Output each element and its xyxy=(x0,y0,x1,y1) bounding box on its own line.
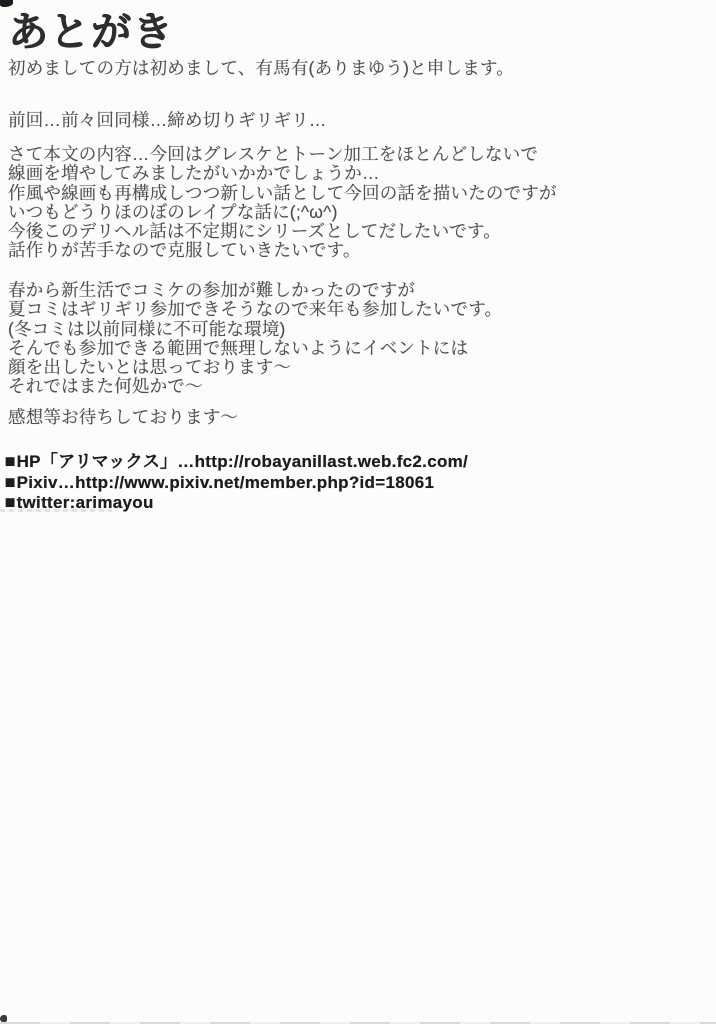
content-paragraph-line: 話作りが苦手なので克服していきたいです。 xyxy=(8,241,557,260)
events-paragraph: 春から新生活でコミケの参加が難しかったのですが 夏コミはギリギリ参加できそうなの… xyxy=(8,281,502,397)
square-bullet-icon: ■ xyxy=(5,451,16,473)
homepage-link-text: HP「アリマックス」…http://robayanillast.web.fc2.… xyxy=(17,452,469,471)
events-paragraph-line: (冬コミは以前同様に不可能な環境) xyxy=(8,320,502,339)
scan-artifact-showthrough xyxy=(0,509,112,512)
events-paragraph-line: 顔を出したいとは思っております～ xyxy=(8,358,502,377)
events-paragraph-line: 春から新生活でコミケの参加が難しかったのですが xyxy=(8,281,502,300)
page-title: あとがき xyxy=(8,0,174,57)
pixiv-link-line: ■Pixiv…http://www.pixiv.net/member.php?i… xyxy=(5,473,468,494)
homepage-link-line: ■HP「アリマックス」…http://robayanillast.web.fc2… xyxy=(5,452,468,473)
feedback-request-line: 感想等お待ちしております～ xyxy=(8,408,238,427)
pixiv-link-text: Pixiv…http://www.pixiv.net/member.php?id… xyxy=(17,473,435,492)
content-paragraph: さて本文の内容…今回はグレスケとトーン加工をほとんどしないで 線画を増やしてみま… xyxy=(8,145,557,261)
content-paragraph-line: 線画を増やしてみましたがいかかでしょうか… xyxy=(8,164,557,183)
content-paragraph-line: さて本文の内容…今回はグレスケとトーン加工をほとんどしないで xyxy=(8,145,557,164)
events-paragraph-line: そんでも参加できる範囲で無理しないようにイベントには xyxy=(8,339,502,358)
greeting-line: 初めましての方は初めまして、有馬有(ありまゆう)と申します。 xyxy=(8,59,514,78)
scanned-afterword-page: あとがき 初めましての方は初めまして、有馬有(ありまゆう)と申します。 前回…前… xyxy=(0,0,716,1024)
scan-artifact-bottom-speck xyxy=(0,1015,7,1022)
deadline-note-line: 前回…前々回同様…締め切りギリギリ… xyxy=(8,111,327,130)
content-paragraph-line: 今後このデリヘル話は不定期にシリーズとしてだしたいです。 xyxy=(8,222,557,241)
events-paragraph-line: それではまた何処かで～ xyxy=(8,377,502,396)
content-paragraph-line: いつもどうりほのぼのレイプな話に(;^ω^) xyxy=(8,203,557,222)
events-paragraph-line: 夏コミはギリギリ参加できそうなので来年も参加したいです。 xyxy=(8,300,502,319)
square-bullet-icon: ■ xyxy=(5,472,16,494)
content-paragraph-line: 作風や線画も再構成しつつ新しい話として今回の話を描いたのですが xyxy=(8,184,557,203)
author-links-block: ■HP「アリマックス」…http://robayanillast.web.fc2… xyxy=(5,452,468,514)
